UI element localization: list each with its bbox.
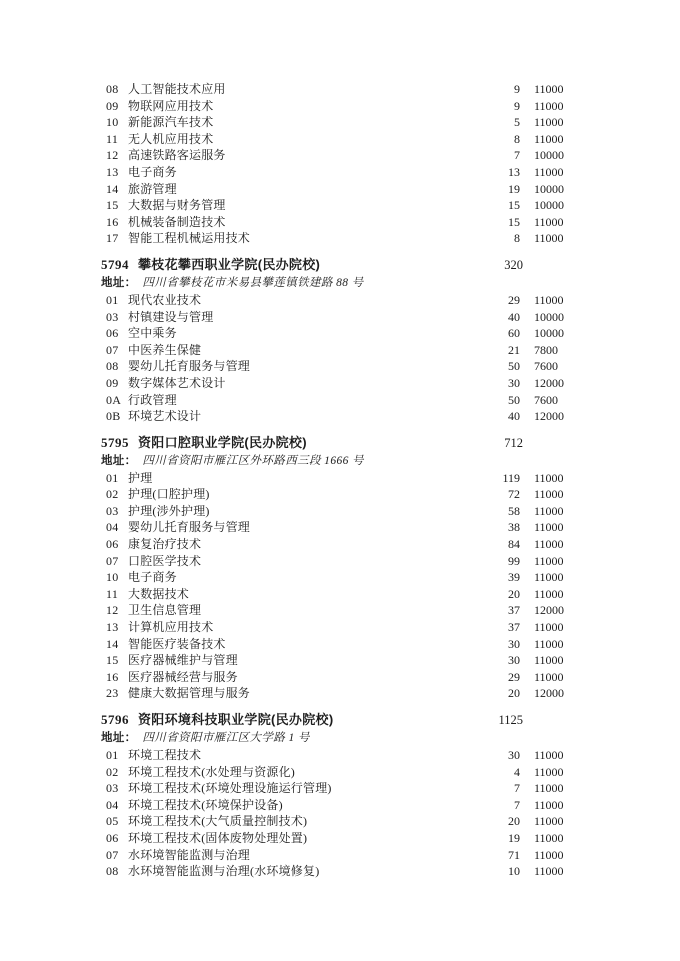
program-fee: 10000	[534, 309, 570, 326]
program-code: 16	[106, 669, 128, 686]
program-fee: 11000	[534, 214, 570, 231]
program-fee: 11000	[534, 636, 570, 653]
school-header: 5794 攀枝花攀西职业学院(民办院校) 320	[101, 255, 570, 275]
program-code: 07	[106, 553, 128, 570]
program-list: 08 人工智能技术应用 9 11000 09 物联网应用技术 9 11000 1…	[101, 81, 570, 247]
program-fee: 11000	[534, 230, 570, 247]
program-quota: 10	[474, 863, 520, 880]
program-quota: 5	[474, 114, 520, 131]
program-quota: 39	[474, 569, 520, 586]
program-fee: 10000	[534, 325, 570, 342]
program-fee: 11000	[534, 652, 570, 669]
program-fee: 11000	[534, 114, 570, 131]
program-row: 0B 环境艺术设计 40 12000	[101, 408, 570, 425]
program-fee: 12000	[534, 685, 570, 702]
school-total-quota: 1125	[473, 711, 523, 730]
program-name: 高速铁路客运服务	[128, 147, 474, 164]
program-code: 0A	[106, 392, 128, 409]
program-code: 04	[106, 519, 128, 536]
program-quota: 15	[474, 197, 520, 214]
program-row: 04 婴幼儿托育服务与管理 38 11000	[101, 519, 570, 536]
program-row: 09 物联网应用技术 9 11000	[101, 98, 570, 115]
program-row: 16 医疗器械经营与服务 29 11000	[101, 669, 570, 686]
program-fee: 11000	[534, 830, 570, 847]
program-code: 06	[106, 830, 128, 847]
program-name: 口腔医学技术	[128, 553, 474, 570]
program-quota: 9	[474, 98, 520, 115]
program-code: 14	[106, 181, 128, 198]
program-row: 0A 行政管理 50 7600	[101, 392, 570, 409]
program-name: 环境工程技术(环境处理设施运行管理)	[128, 780, 474, 797]
program-name: 健康大数据管理与服务	[128, 685, 474, 702]
program-code: 03	[106, 503, 128, 520]
program-row: 06 空中乘务 60 10000	[101, 325, 570, 342]
program-name: 行政管理	[128, 392, 474, 409]
program-code: 14	[106, 636, 128, 653]
program-list: 01 现代农业技术 29 11000 03 村镇建设与管理 40 10000 0…	[101, 292, 570, 425]
program-code: 13	[106, 164, 128, 181]
program-quota: 8	[474, 230, 520, 247]
program-name: 康复治疗技术	[128, 536, 474, 553]
address-text: 四川省资阳市雁江区外环路西三段 1666 号	[142, 453, 364, 470]
program-code: 11	[106, 131, 128, 148]
program-code: 01	[106, 470, 128, 487]
program-quota: 21	[474, 342, 520, 359]
program-fee: 11000	[534, 292, 570, 309]
program-quota: 50	[474, 358, 520, 375]
program-fee: 11000	[534, 619, 570, 636]
program-quota: 19	[474, 181, 520, 198]
school-section: 08 人工智能技术应用 9 11000 09 物联网应用技术 9 11000 1…	[101, 81, 570, 247]
program-name: 环境艺术设计	[128, 408, 474, 425]
school-name: 资阳环境科技职业学院(民办院校)	[138, 710, 473, 729]
program-row: 12 高速铁路客运服务 7 10000	[101, 147, 570, 164]
program-row: 10 新能源汽车技术 5 11000	[101, 114, 570, 131]
program-quota: 20	[474, 813, 520, 830]
program-row: 11 无人机应用技术 8 11000	[101, 131, 570, 148]
program-code: 02	[106, 764, 128, 781]
program-quota: 13	[474, 164, 520, 181]
program-fee: 11000	[534, 797, 570, 814]
program-name: 护理(涉外护理)	[128, 503, 474, 520]
program-name: 人工智能技术应用	[128, 81, 474, 98]
program-row: 01 现代农业技术 29 11000	[101, 292, 570, 309]
program-name: 护理	[128, 470, 474, 487]
program-name: 智能工程机械运用技术	[128, 230, 474, 247]
program-quota: 30	[474, 375, 520, 392]
program-fee: 11000	[534, 747, 570, 764]
program-fee: 11000	[534, 164, 570, 181]
program-name: 智能医疗装备技术	[128, 636, 474, 653]
school-section: 5795 资阳口腔职业学院(民办院校) 712 地址： 四川省资阳市雁江区外环路…	[101, 433, 570, 702]
program-fee: 11000	[534, 470, 570, 487]
program-row: 02 护理(口腔护理) 72 11000	[101, 486, 570, 503]
program-quota: 84	[474, 536, 520, 553]
program-code: 23	[106, 685, 128, 702]
program-fee: 11000	[534, 669, 570, 686]
program-name: 婴幼儿托育服务与管理	[128, 519, 474, 536]
school-total-quota: 320	[473, 256, 523, 275]
program-row: 23 健康大数据管理与服务 20 12000	[101, 685, 570, 702]
program-code: 01	[106, 747, 128, 764]
program-quota: 38	[474, 519, 520, 536]
program-code: 0B	[106, 408, 128, 425]
address-label: 地址：	[101, 275, 136, 292]
school-code: 5794	[101, 255, 129, 274]
program-quota: 99	[474, 553, 520, 570]
program-code: 08	[106, 81, 128, 98]
program-row: 01 环境工程技术 30 11000	[101, 747, 570, 764]
program-code: 11	[106, 586, 128, 603]
program-quota: 37	[474, 619, 520, 636]
address-label: 地址：	[101, 730, 136, 747]
program-fee: 11000	[534, 519, 570, 536]
program-row: 06 康复治疗技术 84 11000	[101, 536, 570, 553]
program-code: 05	[106, 813, 128, 830]
program-row: 15 大数据与财务管理 15 10000	[101, 197, 570, 214]
program-row: 07 中医养生保健 21 7800	[101, 342, 570, 359]
program-name: 无人机应用技术	[128, 131, 474, 148]
school-address-row: 地址： 四川省资阳市雁江区外环路西三段 1666 号	[101, 453, 570, 470]
program-fee: 11000	[534, 131, 570, 148]
program-fee: 11000	[534, 81, 570, 98]
program-fee: 11000	[534, 98, 570, 115]
program-code: 15	[106, 197, 128, 214]
program-quota: 37	[474, 602, 520, 619]
program-fee: 12000	[534, 375, 570, 392]
program-fee: 10000	[534, 147, 570, 164]
program-quota: 119	[474, 470, 520, 487]
program-code: 10	[106, 569, 128, 586]
program-row: 03 村镇建设与管理 40 10000	[101, 309, 570, 326]
program-quota: 9	[474, 81, 520, 98]
program-fee: 12000	[534, 408, 570, 425]
program-quota: 7	[474, 797, 520, 814]
program-name: 电子商务	[128, 569, 474, 586]
program-fee: 11000	[534, 764, 570, 781]
program-code: 08	[106, 358, 128, 375]
program-quota: 71	[474, 847, 520, 864]
program-row: 08 人工智能技术应用 9 11000	[101, 81, 570, 98]
program-quota: 29	[474, 669, 520, 686]
program-name: 环境工程技术(固体废物处理处置)	[128, 830, 474, 847]
program-code: 02	[106, 486, 128, 503]
program-row: 15 医疗器械维护与管理 30 11000	[101, 652, 570, 669]
program-code: 09	[106, 98, 128, 115]
school-header: 5796 资阳环境科技职业学院(民办院校) 1125	[101, 710, 570, 730]
program-row: 09 数字媒体艺术设计 30 12000	[101, 375, 570, 392]
program-name: 环境工程技术	[128, 747, 474, 764]
program-fee: 11000	[534, 586, 570, 603]
program-row: 11 大数据技术 20 11000	[101, 586, 570, 603]
program-row: 10 电子商务 39 11000	[101, 569, 570, 586]
program-code: 09	[106, 375, 128, 392]
program-code: 07	[106, 342, 128, 359]
admissions-list: 08 人工智能技术应用 9 11000 09 物联网应用技术 9 11000 1…	[101, 81, 570, 880]
program-name: 水环境智能监测与治理(水环境修复)	[128, 863, 474, 880]
program-name: 医疗器械经营与服务	[128, 669, 474, 686]
program-name: 医疗器械维护与管理	[128, 652, 474, 669]
program-quota: 72	[474, 486, 520, 503]
program-row: 16 机械装备制造技术 15 11000	[101, 214, 570, 231]
program-fee: 11000	[534, 813, 570, 830]
program-quota: 60	[474, 325, 520, 342]
program-name: 电子商务	[128, 164, 474, 181]
program-fee: 12000	[534, 602, 570, 619]
program-row: 08 水环境智能监测与治理(水环境修复) 10 11000	[101, 863, 570, 880]
program-code: 03	[106, 309, 128, 326]
program-row: 17 智能工程机械运用技术 8 11000	[101, 230, 570, 247]
school-name: 资阳口腔职业学院(民办院校)	[138, 433, 473, 452]
program-list: 01 护理 119 11000 02 护理(口腔护理) 72 11000 03 …	[101, 470, 570, 702]
program-quota: 20	[474, 685, 520, 702]
program-name: 护理(口腔护理)	[128, 486, 474, 503]
program-quota: 30	[474, 747, 520, 764]
program-fee: 11000	[534, 536, 570, 553]
address-text: 四川省资阳市雁江区大学路 1 号	[142, 730, 309, 747]
school-total-quota: 712	[473, 434, 523, 453]
program-name: 现代农业技术	[128, 292, 474, 309]
program-row: 07 水环境智能监测与治理 71 11000	[101, 847, 570, 864]
program-fee: 11000	[534, 486, 570, 503]
address-text: 四川省攀枝花市米易县攀莲镇铁建路 88 号	[142, 275, 363, 292]
program-list: 01 环境工程技术 30 11000 02 环境工程技术(水处理与资源化) 4 …	[101, 747, 570, 880]
program-name: 大数据技术	[128, 586, 474, 603]
program-fee: 11000	[534, 569, 570, 586]
program-row: 06 环境工程技术(固体废物处理处置) 19 11000	[101, 830, 570, 847]
program-fee: 10000	[534, 181, 570, 198]
program-code: 06	[106, 536, 128, 553]
program-fee: 7600	[534, 358, 570, 375]
address-label: 地址：	[101, 453, 136, 470]
program-row: 14 智能医疗装备技术 30 11000	[101, 636, 570, 653]
program-quota: 30	[474, 636, 520, 653]
program-quota: 8	[474, 131, 520, 148]
program-code: 01	[106, 292, 128, 309]
program-name: 物联网应用技术	[128, 98, 474, 115]
program-quota: 7	[474, 147, 520, 164]
program-name: 大数据与财务管理	[128, 197, 474, 214]
school-name: 攀枝花攀西职业学院(民办院校)	[138, 255, 473, 274]
program-fee: 10000	[534, 197, 570, 214]
program-fee: 11000	[534, 553, 570, 570]
program-name: 计算机应用技术	[128, 619, 474, 636]
program-row: 03 护理(涉外护理) 58 11000	[101, 503, 570, 520]
program-code: 03	[106, 780, 128, 797]
program-code: 10	[106, 114, 128, 131]
program-code: 06	[106, 325, 128, 342]
program-quota: 50	[474, 392, 520, 409]
program-quota: 19	[474, 830, 520, 847]
program-fee: 11000	[534, 863, 570, 880]
school-header: 5795 资阳口腔职业学院(民办院校) 712	[101, 433, 570, 453]
program-code: 04	[106, 797, 128, 814]
program-name: 卫生信息管理	[128, 602, 474, 619]
program-code: 12	[106, 147, 128, 164]
program-quota: 58	[474, 503, 520, 520]
program-row: 13 电子商务 13 11000	[101, 164, 570, 181]
program-code: 08	[106, 863, 128, 880]
program-fee: 11000	[534, 780, 570, 797]
program-name: 旅游管理	[128, 181, 474, 198]
program-row: 01 护理 119 11000	[101, 470, 570, 487]
program-name: 中医养生保健	[128, 342, 474, 359]
school-code: 5795	[101, 433, 129, 452]
program-code: 15	[106, 652, 128, 669]
program-name: 机械装备制造技术	[128, 214, 474, 231]
program-name: 水环境智能监测与治理	[128, 847, 474, 864]
program-name: 环境工程技术(环境保护设备)	[128, 797, 474, 814]
program-fee: 7600	[534, 392, 570, 409]
school-code: 5796	[101, 710, 129, 729]
program-quota: 20	[474, 586, 520, 603]
program-code: 17	[106, 230, 128, 247]
program-name: 环境工程技术(水处理与资源化)	[128, 764, 474, 781]
program-row: 13 计算机应用技术 37 11000	[101, 619, 570, 636]
program-quota: 15	[474, 214, 520, 231]
program-row: 03 环境工程技术(环境处理设施运行管理) 7 11000	[101, 780, 570, 797]
program-quota: 4	[474, 764, 520, 781]
program-row: 07 口腔医学技术 99 11000	[101, 553, 570, 570]
school-section: 5796 资阳环境科技职业学院(民办院校) 1125 地址： 四川省资阳市雁江区…	[101, 710, 570, 880]
program-name: 新能源汽车技术	[128, 114, 474, 131]
program-quota: 30	[474, 652, 520, 669]
program-code: 16	[106, 214, 128, 231]
program-code: 12	[106, 602, 128, 619]
program-quota: 7	[474, 780, 520, 797]
program-row: 04 环境工程技术(环境保护设备) 7 11000	[101, 797, 570, 814]
school-section: 5794 攀枝花攀西职业学院(民办院校) 320 地址： 四川省攀枝花市米易县攀…	[101, 255, 570, 425]
document-page: 08 人工智能技术应用 9 11000 09 物联网应用技术 9 11000 1…	[0, 0, 680, 961]
program-name: 空中乘务	[128, 325, 474, 342]
program-row: 05 环境工程技术(大气质量控制技术) 20 11000	[101, 813, 570, 830]
program-row: 02 环境工程技术(水处理与资源化) 4 11000	[101, 764, 570, 781]
school-address-row: 地址： 四川省资阳市雁江区大学路 1 号	[101, 730, 570, 747]
program-fee: 7800	[534, 342, 570, 359]
program-row: 14 旅游管理 19 10000	[101, 181, 570, 198]
program-quota: 29	[474, 292, 520, 309]
program-name: 环境工程技术(大气质量控制技术)	[128, 813, 474, 830]
program-code: 07	[106, 847, 128, 864]
program-name: 婴幼儿托育服务与管理	[128, 358, 474, 375]
program-name: 村镇建设与管理	[128, 309, 474, 326]
program-fee: 11000	[534, 503, 570, 520]
program-fee: 11000	[534, 847, 570, 864]
program-quota: 40	[474, 309, 520, 326]
program-name: 数字媒体艺术设计	[128, 375, 474, 392]
program-row: 08 婴幼儿托育服务与管理 50 7600	[101, 358, 570, 375]
program-quota: 40	[474, 408, 520, 425]
program-row: 12 卫生信息管理 37 12000	[101, 602, 570, 619]
school-address-row: 地址： 四川省攀枝花市米易县攀莲镇铁建路 88 号	[101, 275, 570, 292]
program-code: 13	[106, 619, 128, 636]
